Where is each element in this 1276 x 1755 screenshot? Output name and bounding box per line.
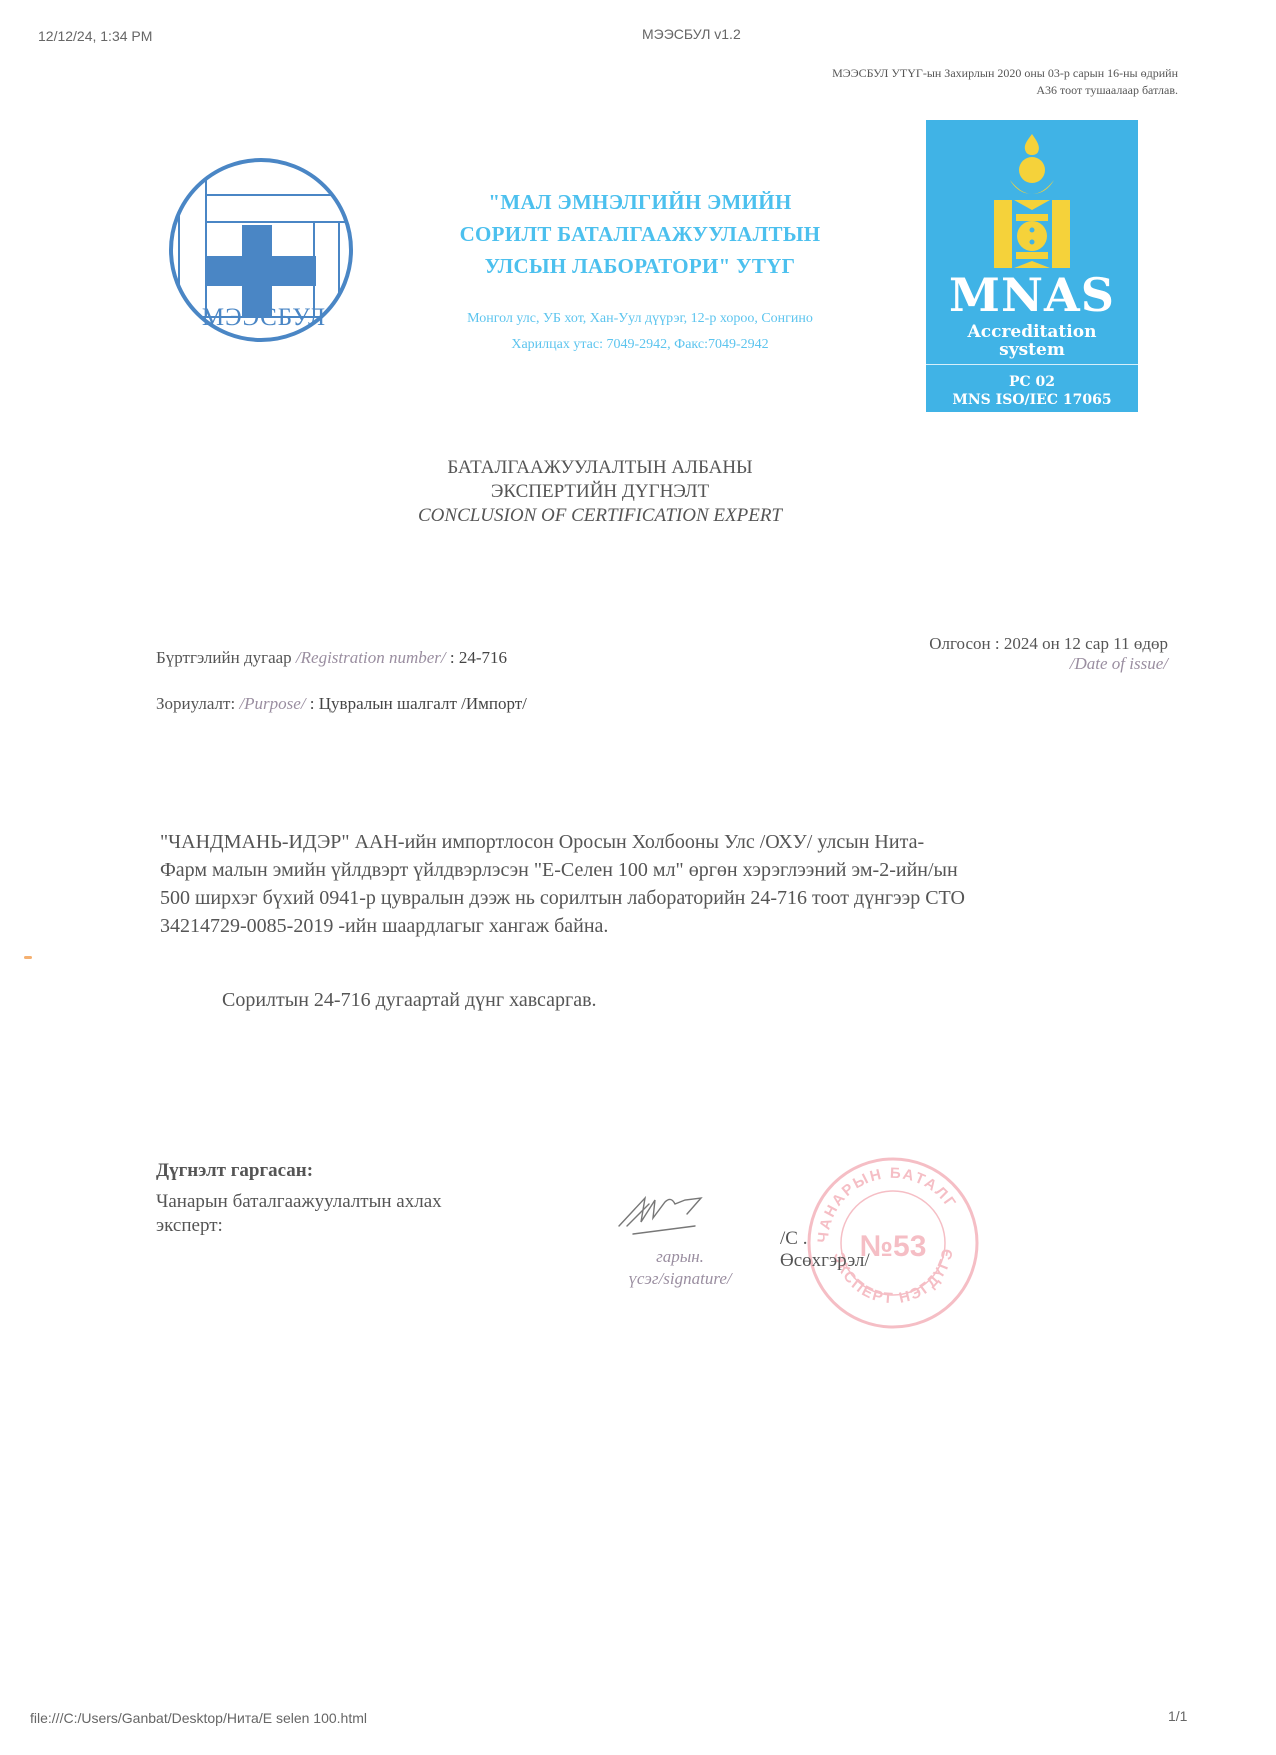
print-timestamp: 12/12/24, 1:34 PM [38, 28, 152, 44]
soyombo-emblem-icon [986, 130, 1078, 270]
scan-mark [24, 956, 32, 959]
mnas-accreditation-badge: MNAS Accreditation system PC 02 MNS ISO/… [926, 120, 1138, 412]
approval-line-2: А36 тоот тушаалаар батлав. [658, 82, 1178, 99]
approval-line-1: МЭЭСБУЛ УТҮГ-ын Захирлын 2020 оны 03-р с… [658, 65, 1178, 82]
expert-position-line-1: Чанарын баталгаажуулалтын ахлах [156, 1190, 442, 1214]
conclusion-line-4: 34214729-0085-2019 -ийн шаардлагыг ханга… [160, 912, 1180, 940]
registration-number-field: Бүртгэлийн дугаар /Registration number/ … [156, 648, 507, 668]
purpose-label-en: /Purpose/ [239, 694, 305, 713]
document-title-line-2: ЭКСПЕРТИЙН ДҮГНЭЛТ [360, 480, 840, 504]
org-title-line-3: УЛСЫН ЛАБОРАТОРИ" УТҮГ [400, 250, 880, 282]
org-address: Монгол улс, УБ хот, Хан-Уул дүүрэг, 12-р… [400, 306, 880, 332]
org-title-line-1: "МАЛ ЭМНЭЛГИЙН ЭМИЙН [400, 186, 880, 218]
org-contact: Харилцах утас: 7049-2942, Факс:7049-2942 [400, 332, 880, 358]
registration-label: Бүртгэлийн дугаар [156, 648, 292, 667]
document-title-line-1: БАТАЛГААЖУУЛАЛТЫН АЛБАНЫ [360, 456, 840, 480]
organization-header: "МАЛ ЭМНЭЛГИЙН ЭМИЙН СОРИЛТ БАТАЛГААЖУУЛ… [400, 186, 880, 358]
conclusion-line-3: 500 ширхэг бүхий 0941-р цувралын дээж нь… [160, 884, 1180, 912]
organization-logo: МЭЭСБУЛ [154, 152, 368, 348]
purpose-value: : Цувралын шалгалт /Импорт/ [310, 694, 527, 713]
conclusion-line-2: Фарм малын эмийн үйлдвэрт үйлдвэрлэсэн "… [160, 856, 1180, 884]
purpose-field: Зориулалт: /Purpose/ : Цувралын шалгалт … [156, 694, 527, 714]
expert-position: Чанарын баталгаажуулалтын ахлах эксперт: [156, 1190, 442, 1238]
mnas-acronym: MNAS [926, 268, 1138, 322]
expert-name-line-1: /С . [780, 1228, 870, 1250]
handwritten-signature-icon [615, 1192, 725, 1242]
purpose-label: Зориулалт: [156, 694, 235, 713]
print-page-title: МЭЭСБУЛ v1.2 [642, 26, 741, 42]
issued-label: Олгосон : 2024 он 12 сар 11 өдөр [929, 634, 1168, 654]
approval-note: МЭЭСБУЛ УТҮГ-ын Захирлын 2020 оны 03-р с… [658, 65, 1178, 99]
print-page-count: 1/1 [1168, 1708, 1187, 1724]
print-file-path: file:///C:/Users/Ganbat/Desktop/Нита/E s… [30, 1710, 367, 1726]
registration-value: : 24-716 [450, 648, 507, 667]
conclusion-issued-by-heading: Дүгнэлт гаргасан: [156, 1160, 313, 1182]
signature-caption-line-1: гарын. [600, 1246, 760, 1268]
logo-text: МЭЭСБУЛ [194, 304, 334, 332]
expert-position-line-2: эксперт: [156, 1214, 442, 1238]
document-title-english: CONCLUSION OF CERTIFICATION EXPERT [360, 504, 840, 528]
signature-caption-line-2: үсэг/signature/ [600, 1268, 760, 1290]
document-title: БАТАЛГААЖУУЛАЛТЫН АЛБАНЫ ЭКСПЕРТИЙН ДҮГН… [360, 456, 840, 528]
registration-label-en: /Registration number/ [296, 648, 446, 667]
expert-name-line-2: Өсөхгэрэл/ [780, 1250, 870, 1272]
date-of-issue-field: Олгосон : 2024 он 12 сар 11 өдөр /Date o… [929, 634, 1168, 674]
mnas-line-2: system [926, 340, 1138, 360]
expert-name: /С . Өсөхгэрэл/ [780, 1228, 870, 1272]
signature-caption: гарын. үсэг/signature/ [600, 1246, 760, 1290]
issued-label-en: /Date of issue/ [929, 654, 1168, 674]
mnas-standard: MNS ISO/IEC 17065 [926, 391, 1138, 409]
mnas-code: PC 02 [926, 373, 1138, 391]
conclusion-paragraph: "ЧАНДМАНЬ-ИДЭР" ААН-ийн импортлосон Орос… [160, 828, 1180, 940]
conclusion-line-1: "ЧАНДМАНЬ-ИДЭР" ААН-ийн импортлосон Орос… [160, 828, 1180, 856]
org-title-line-2: СОРИЛТ БАТАЛГААЖУУЛАЛТЫН [400, 218, 880, 250]
attachment-note: Сорилтын 24-716 дугаартай дүнг хавсаргав… [222, 986, 597, 1014]
mnas-line-1: Accreditation [926, 322, 1138, 342]
